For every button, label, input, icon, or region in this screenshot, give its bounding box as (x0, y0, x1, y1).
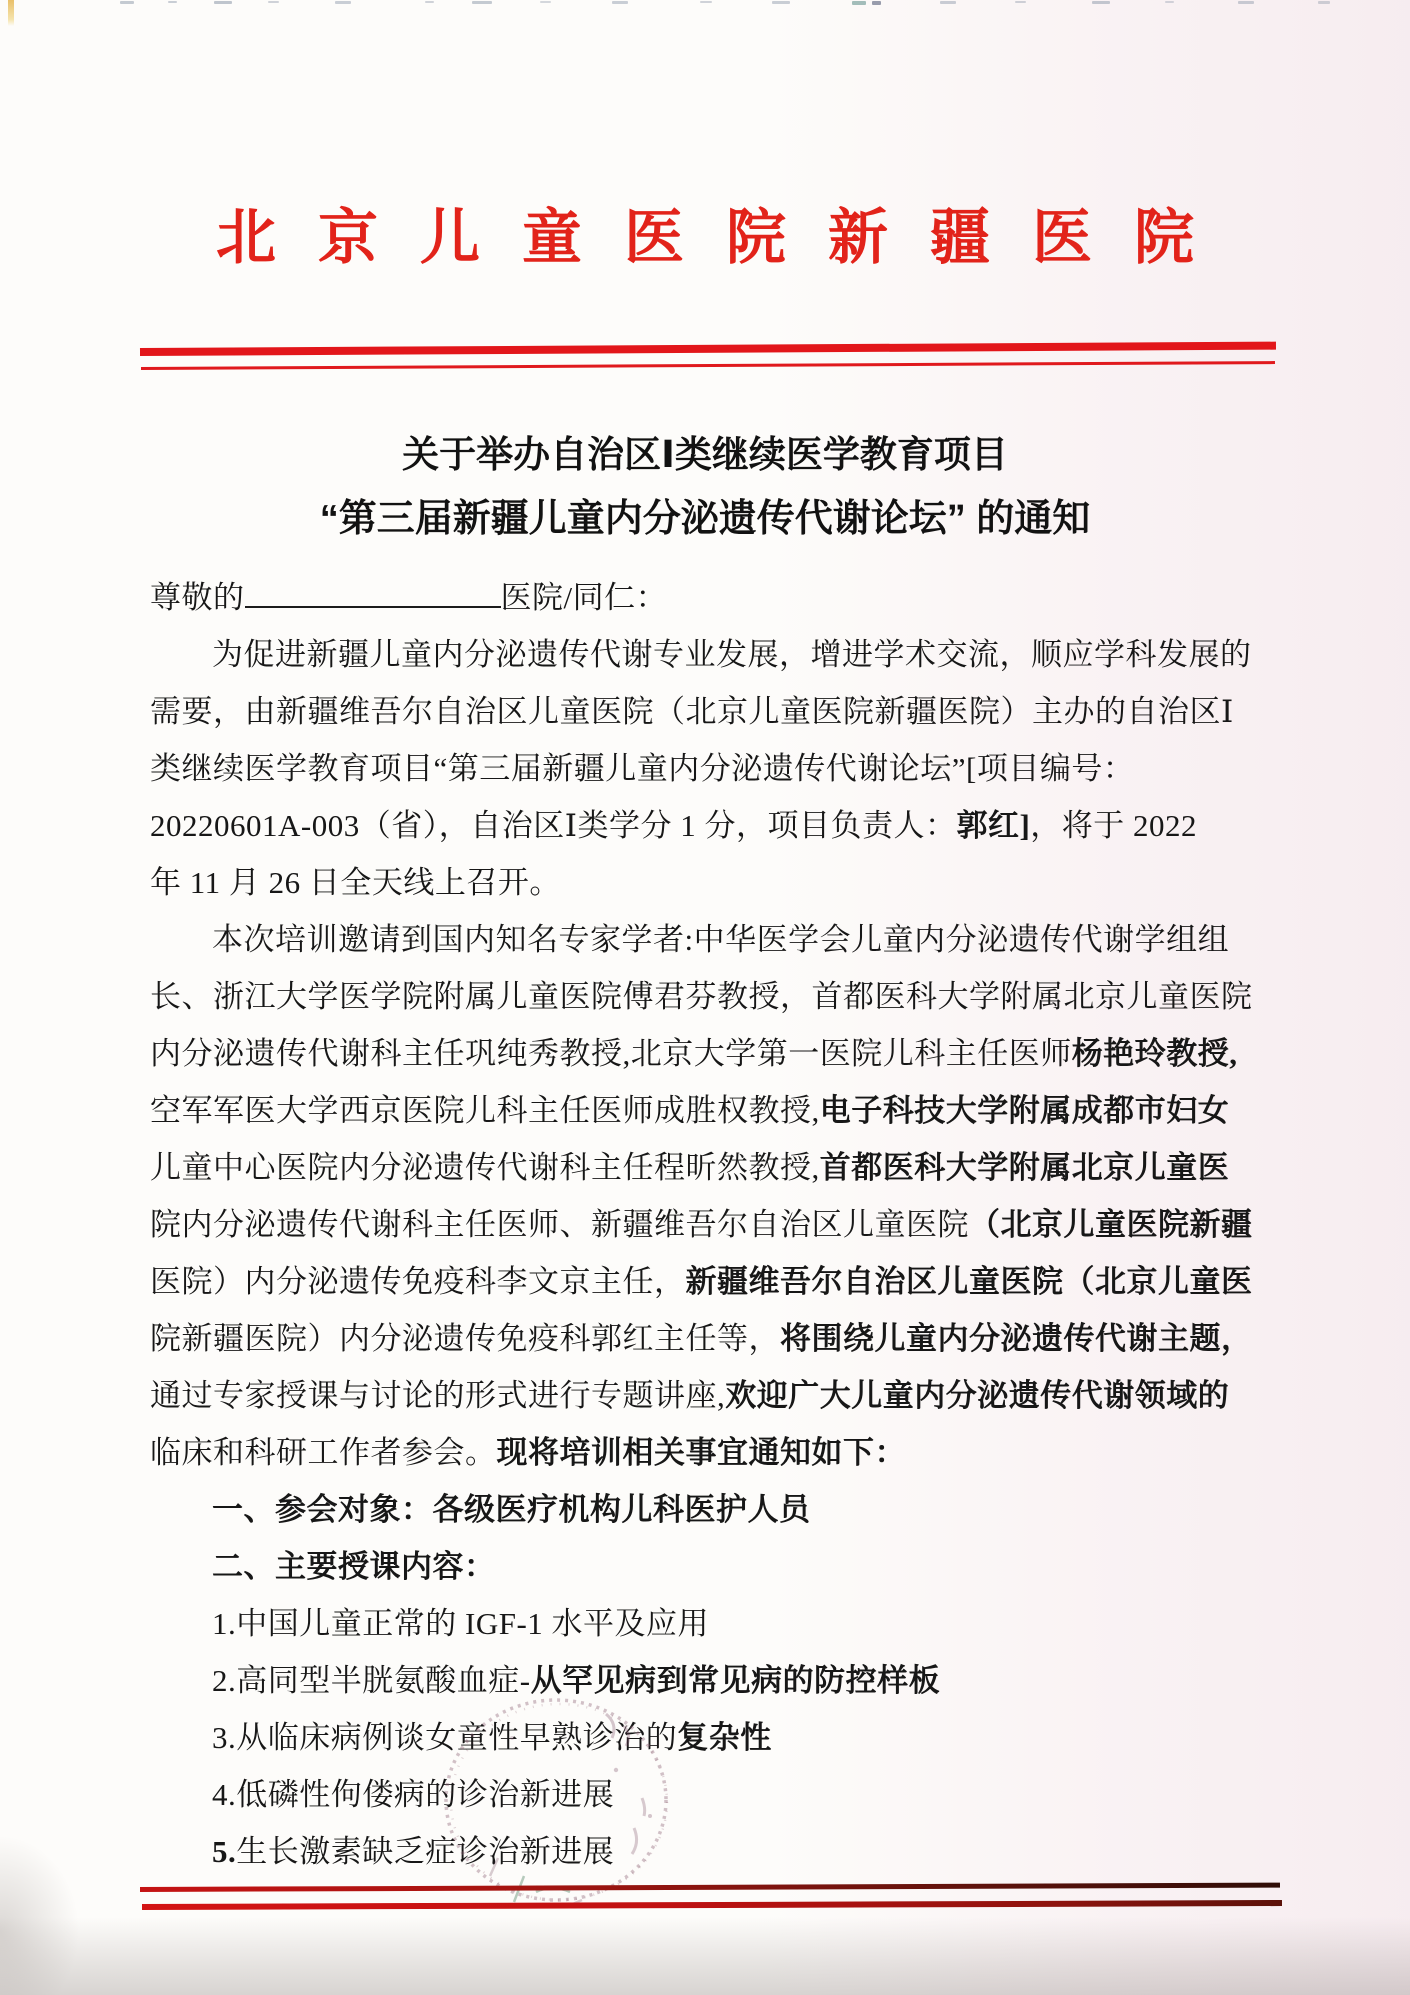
body-line: 类继续医学教育项目“第三届新疆儿童内分泌遗传代谢论坛”[项目编号： (150, 740, 1292, 797)
body-lines: 为促进新疆儿童内分泌遗传代谢专业发展，增进学术交流，顺应学科发展的需要，由新疆维… (150, 626, 1292, 1880)
body-line: 内分泌遗传代谢科主任巩纯秀教授,北京大学第一医院儿科主任医师杨艳玲教授, (150, 1025, 1292, 1082)
letterhead-rule-thin (141, 361, 1275, 370)
body-line: 本次培训邀请到国内知名专家学者:中华医学会儿童内分泌遗传代谢学组组 (150, 911, 1292, 968)
salutation-suffix: 医院/同仁： (501, 580, 668, 615)
body-line: 2.高同型半胱氨酸血症-从罕见病到常见病的防控样板 (150, 1652, 1292, 1709)
scan-fleck (1092, 1, 1110, 4)
scan-fleck (852, 1, 866, 5)
scan-fleck (335, 1, 351, 4)
letterhead-hospital-name: 北京儿童医院新疆医院 (0, 190, 1410, 276)
body-line: 二、主要授课内容： (150, 1538, 1292, 1595)
scan-fleck (1015, 1, 1026, 3)
salutation-prefix: 尊敬的 (150, 580, 245, 615)
body-line: 1.中国儿童正常的 IGF-1 水平及应用 (150, 1595, 1292, 1652)
footer-rule-lower (142, 1900, 1282, 1910)
scan-fleck (612, 1, 628, 4)
scan-corner-smudge (0, 1835, 80, 1995)
scan-fleck (214, 1, 232, 4)
scan-fleck (1165, 1, 1174, 3)
body-line: 年 11 月 26 日全天线上召开。 (150, 854, 1292, 911)
body-line: 3.从临床病例谈女童性早熟诊治的复杂性 (150, 1709, 1292, 1766)
scan-fleck (1318, 1, 1330, 4)
scan-fleck (540, 1, 551, 3)
body-line: 5.生长激素缺乏症诊治新进展 (150, 1823, 1292, 1880)
body-line: 为促进新疆儿童内分泌遗传代谢专业发展，增进学术交流，顺应学科发展的 (150, 626, 1292, 683)
scan-fleck (120, 1, 134, 4)
scan-fleck (772, 1, 790, 4)
scan-fleck (700, 1, 712, 3)
body-line: 一、参会对象：各级医疗机构儿科医护人员 (150, 1481, 1292, 1538)
body-line: 长、浙江大学医学院附属儿童医院傅君芬教授，首都医科大学附属北京儿童医院 (150, 968, 1292, 1025)
salutation-blank-underline (245, 570, 501, 608)
salutation-line: 尊敬的医院/同仁： (150, 569, 1292, 626)
letterhead-rule-thick (140, 342, 1276, 356)
body-line: 儿童中心医院内分泌遗传代谢科主任程昕然教授,首都医科大学附属北京儿童医 (150, 1139, 1292, 1196)
scan-fleck (940, 1, 956, 4)
scan-bottom-shade (0, 1917, 1410, 1995)
body-line: 院内分泌遗传代谢科主任医师、新疆维吾尔自治区儿童医院（北京儿童医院新疆 (150, 1196, 1292, 1253)
scan-fleck (268, 1, 279, 3)
notice-title-line2: “第三届新疆儿童内分泌遗传代谢论坛” 的通知 (0, 487, 1410, 542)
body-line: 20220601A-003（省），自治区Ⅰ类学分 1 分，项目负责人：郭红]，将… (150, 797, 1292, 854)
notice-body: 尊敬的医院/同仁： 为促进新疆儿童内分泌遗传代谢专业发展，增进学术交流，顺应学科… (150, 569, 1292, 1880)
scanned-notice-page: 北京儿童医院新疆医院 关于举办自治区Ⅰ类继续医学教育项目 “第三届新疆儿童内分泌… (0, 0, 1410, 1995)
scan-fleck (1238, 1, 1254, 4)
scan-fleck (472, 1, 492, 4)
scan-fleck (872, 1, 881, 5)
scan-fleck (425, 1, 434, 3)
body-line: 4.低磷性佝偻病的诊治新进展 (150, 1766, 1292, 1823)
footer-rule-upper (140, 1883, 1280, 1892)
notice-title-line1: 关于举办自治区Ⅰ类继续医学教育项目 (0, 424, 1410, 478)
body-line: 临床和科研工作者参会。现将培训相关事宜通知如下： (150, 1424, 1292, 1481)
body-line: 空军军医大学西京医院儿科主任医师成胜权教授,电子科技大学附属成都市妇女 (150, 1082, 1292, 1139)
body-line: 院新疆医院）内分泌遗传免疫科郭红主任等，将围绕儿童内分泌遗传代谢主题， (150, 1310, 1292, 1367)
body-line: 需要，由新疆维吾尔自治区儿童医院（北京儿童医院新疆医院）主办的自治区Ⅰ (150, 683, 1292, 740)
scan-artifact-row (0, 0, 1410, 16)
scan-fleck (168, 1, 177, 3)
body-line: 通过专家授课与讨论的形式进行专题讲座,欢迎广大儿童内分泌遗传代谢领域的 (150, 1367, 1292, 1424)
body-line: 医院）内分泌遗传免疫科李文京主任，新疆维吾尔自治区儿童医院（北京儿童医 (150, 1253, 1292, 1310)
